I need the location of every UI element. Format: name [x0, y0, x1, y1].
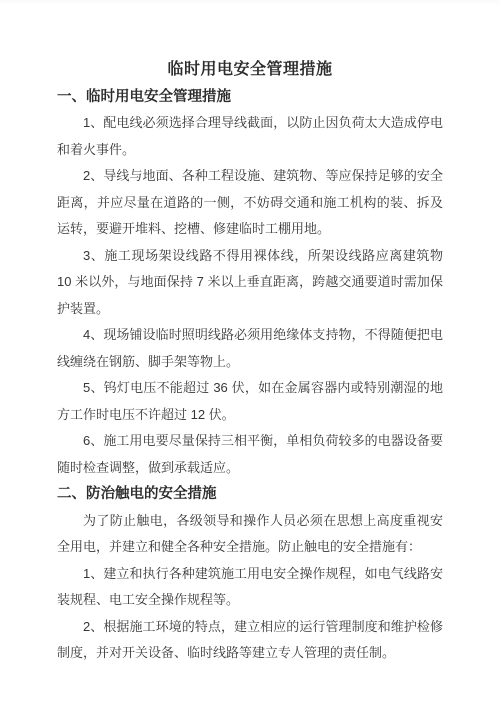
section-1-paragraph-3: 3、施工现场架设线路不得用裸体线，所架设线路应离建筑物 10 米以外，与地面保持… [57, 243, 443, 323]
section-1-paragraph-6: 6、施工用电要尽量保持三相平衡，单相负荷较多的电器设备要随时检查调整，做到承载适… [57, 428, 443, 481]
section-1-paragraph-2: 2、导线与地面、各种工程设施、建筑物、等应保持足够的安全距离，并应尽量在道路的一… [57, 163, 443, 243]
section-2-paragraph-2: 1、建立和执行各种建筑施工用电安全操作规程，如电气线路安装规程、电工安全操作规程… [57, 561, 443, 614]
section-1-heading: 一、临时用电安全管理措施 [57, 84, 443, 111]
section-1-paragraph-1: 1、配电线必须选择合理导线截面，以防止因负荷太大造成停电和着火事件。 [57, 110, 443, 163]
section-temporary-power-measures: 一、临时用电安全管理措施 1、配电线必须选择合理导线截面，以防止因负荷太大造成停… [57, 84, 443, 482]
section-2-paragraph-3: 2、根据施工环境的特点，建立相应的运行管理制度和维护检修制度，并对开关设备、临时… [57, 614, 443, 667]
section-1-paragraph-5: 5、钨灯电压不能超过 36 伏，如在金属容器内或特别潮湿的地方工作时电压不许超过… [57, 375, 443, 428]
section-2-paragraph-1: 为了防止触电，各级领导和操作人员必须在思想上高度重视安全用电，并建立和健全各种安… [57, 508, 443, 561]
section-1-paragraph-4: 4、现场铺设临时照明线路必须用绝缘体支持物，不得随便把电线缠绕在钢筋、脚手架等物… [57, 322, 443, 375]
section-2-heading: 二、防治触电的安全措施 [57, 481, 443, 508]
section-electric-shock-prevention: 二、防治触电的安全措施 为了防止触电，各级领导和操作人员必须在思想上高度重视安全… [57, 481, 443, 667]
document-page: 临时用电安全管理措施 一、临时用电安全管理措施 1、配电线必须选择合理导线截面，… [0, 0, 500, 707]
document-title: 临时用电安全管理措施 [57, 57, 443, 84]
